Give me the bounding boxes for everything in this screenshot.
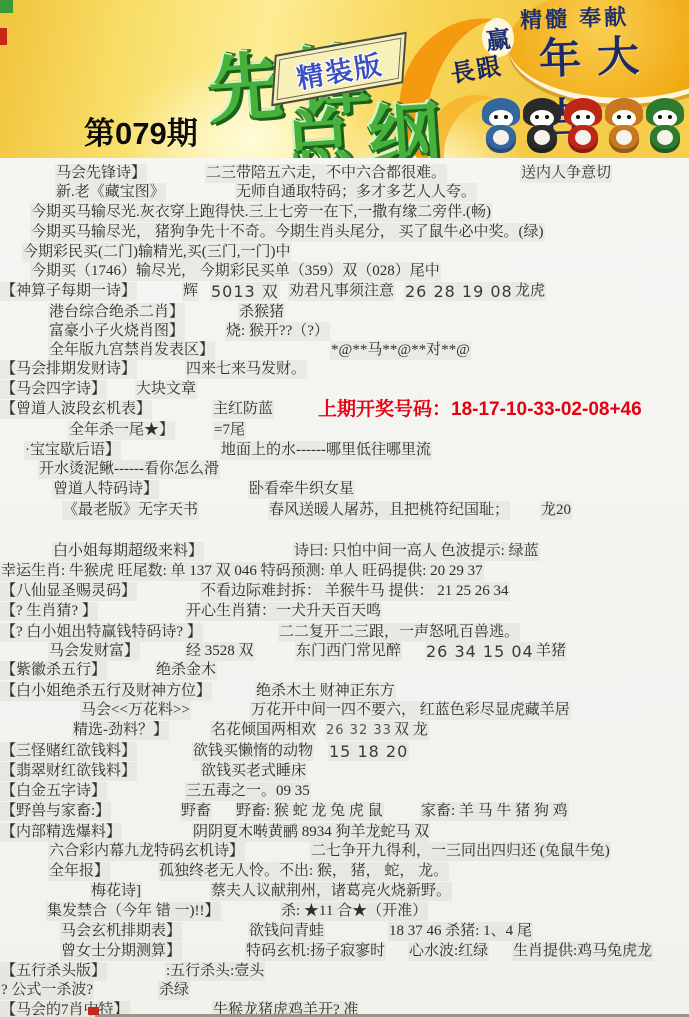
- prediction-line: 六合彩内幕九龙特码玄机诗】二七争开九得利，一三同出四归还 (兔鼠牛兔): [0, 842, 689, 862]
- prediction-line: 【马会排期发财诗】四来七来马发财。: [0, 360, 689, 380]
- text-segment: 四来七来马发财。: [185, 360, 307, 379]
- text-segment: 26 32 33: [325, 721, 393, 740]
- text-segment: 全年版九宫禁肖发表区】: [48, 341, 215, 360]
- text-segment: 马会<<万花料>>: [80, 701, 191, 720]
- prediction-line: 精选-劲料？】名花倾国两相欢26 32 33双 龙: [0, 721, 689, 741]
- bottom-red-chip: [88, 1007, 99, 1015]
- text-segment: 【曾道人波段玄机表】: [0, 400, 152, 419]
- prediction-line: 开水烫泥鳅------看你怎么滑: [0, 460, 689, 480]
- text-segment: 【五行杀头版】: [0, 962, 107, 981]
- prediction-line: 全年杀一尾★】=7尾: [0, 421, 689, 441]
- text-segment: 阴阴夏木啭黄鹂 8934 狗羊龙蛇马 双: [192, 823, 430, 842]
- text-segment: 【白小姐绝杀五行及财神方位】: [0, 682, 212, 701]
- text-segment: 无师自通取特码；多才多艺人人夸。: [235, 183, 477, 202]
- text-segment: 【紫徽杀五行】: [0, 661, 107, 680]
- text-segment: 二二复开二三跟，一声怒吼百兽逃。: [278, 623, 520, 642]
- issue-number: 第079期: [84, 108, 198, 153]
- text-segment: 开水烫泥鳅------看你怎么滑: [38, 460, 220, 479]
- text-segment: 地面上的水------哪里低往哪里流: [220, 441, 432, 460]
- text-segment: 二七争开九得利，一三同出四归还 (兔鼠牛兔): [310, 842, 611, 861]
- prediction-line: 【五行杀头版】:五行杀头:壹头: [0, 962, 689, 982]
- prediction-line: 全年版九宫禁肖发表区】*@**马**@**对**@: [0, 341, 689, 361]
- text-segment: 大块文章: [135, 380, 197, 399]
- mascot-part: [575, 130, 591, 145]
- text-segment: 六合彩内幕九龙特码玄机诗】: [48, 842, 245, 861]
- text-segment: ? 公式一杀波?: [0, 981, 94, 1000]
- text-segment: 【? 白小姐出特赢钱特码诗? 】: [0, 623, 203, 642]
- text-segment: 绝杀金木: [155, 661, 217, 680]
- prediction-line: 马会玄机排期表】欲钱问青蛙18 37 46 杀猪: 1、4 尾: [0, 922, 689, 942]
- text-segment: 【? 生肖猜? 】: [0, 602, 98, 621]
- prediction-line: 港台综合绝杀二肖】杀猴猪: [0, 303, 689, 323]
- mascot-part: [658, 115, 662, 119]
- text-segment: 【八仙显圣赐灵码】: [0, 582, 137, 601]
- text-segment: 主红防蓝: [212, 400, 274, 419]
- prediction-line: 集发禁合（今年 错 一)!!】杀: ★11 合★（开准）: [0, 902, 689, 922]
- text-segment: 绝杀木土 财神正东方: [255, 682, 396, 701]
- text-segment: 18 37 46 杀猪: 1、4 尾: [388, 922, 533, 941]
- mascot-part: [586, 115, 590, 119]
- prediction-line: 【神算子每期一诗】辉5013 双劝君凡事须注意26 28 19 08龙虎: [0, 282, 689, 302]
- text-segment: 【翡翠财红欲钱料】: [0, 762, 137, 781]
- text-segment: 万花开中间一四不要六， 红蓝色彩尽显虎藏羊居: [250, 701, 571, 720]
- text-segment: =7尾: [213, 421, 246, 440]
- text-segment: 【马会四字诗】: [0, 380, 107, 399]
- text-segment: 心水波:红绿: [408, 942, 489, 961]
- text-segment: 野畜: [180, 802, 212, 821]
- prediction-line: 【紫徽杀五行】绝杀金木: [0, 661, 689, 681]
- prediction-line: 【翡翠财红欲钱料】欲钱买老式睡床: [0, 762, 689, 782]
- text-segment: 白小姐每期超级来料】: [52, 542, 204, 561]
- text-segment: 26 34 15 04: [425, 642, 535, 661]
- mascot-part: [576, 115, 580, 119]
- mascot-part: [545, 115, 549, 119]
- text-segment: 三五毒之一。09 35: [185, 782, 311, 801]
- prediction-line: 富豪小子火烧肖图】烧: 猴开??（?）: [0, 322, 689, 342]
- text-segment: 今期彩民买(二门)输精光,买(三门,一门)中: [22, 243, 291, 262]
- last-draw-announcement: 上期开奖号码：18-17-10-33-02-08+46: [318, 394, 642, 421]
- mascot-part: [668, 115, 672, 119]
- prediction-line: 《最老版》无字天书春风送暖人屠苏，且把桃符纪国耻；龙20: [0, 501, 689, 521]
- text-segment: 26 28 19 08: [404, 282, 514, 301]
- text-segment: 【白金五字诗】: [0, 782, 107, 801]
- text-segment: 卧看牵牛织女星: [248, 480, 355, 499]
- text-segment: 名花倾国两相欢: [210, 721, 317, 740]
- text-segment: 【野兽与家畜:】: [0, 802, 111, 821]
- mascot-part: [535, 115, 539, 119]
- text-segment: 【内部精选爆料】: [0, 823, 122, 842]
- mascot-part: [494, 115, 498, 119]
- fuwa-yingying-orange-icon: [605, 98, 643, 156]
- text-segment: 15 18 20: [328, 742, 409, 761]
- text-segment: 富豪小子火烧肖图】: [48, 322, 185, 341]
- header-banner: 年大吉 赢 精髓 奉献 長跟 先锋 总纲 第079期 精装版: [0, 0, 689, 158]
- mascot-part: [493, 130, 509, 145]
- last-draw-label: 上期开奖号码：: [318, 399, 451, 420]
- text-segment: 劝君凡事须注意: [288, 282, 395, 301]
- mascot-part: [616, 130, 632, 145]
- prediction-line: ·宝宝歇后语】地面上的水------哪里低往哪里流: [0, 441, 689, 461]
- text-segment: 杀猴猪: [238, 303, 285, 322]
- text-segment: 【马会排期发财诗】: [0, 360, 137, 379]
- prediction-line: 马会发财富】经 3528 双东门西门常见醉26 34 15 04羊猪: [0, 642, 689, 662]
- prediction-line: 马会<<万花料>>万花开中间一四不要六， 红蓝色彩尽显虎藏羊居: [0, 701, 689, 721]
- mascot-part: [627, 115, 631, 119]
- mascots-row: [482, 98, 687, 156]
- fuwa-jingjing-panda-icon: [523, 98, 561, 156]
- edition-badge-label: 精装版: [293, 42, 385, 96]
- last-draw-numbers: 18-17-10-33-02-08+46: [451, 399, 642, 420]
- text-segment: 不看边际难封拆： 羊猴牛马 提供： 21 25 26 34: [200, 582, 510, 601]
- text-segment: 经 3528 双: [185, 642, 255, 661]
- prediction-line: 【八仙显圣赐灵码】不看边际难封拆： 羊猴牛马 提供： 21 25 26 34: [0, 582, 689, 602]
- text-segment: 梅花诗]: [90, 882, 142, 901]
- prediction-line: 【白小姐绝杀五行及财神方位】绝杀木土 财神正东方: [0, 682, 689, 702]
- text-segment: 生肖提供:鸡马兔虎龙: [512, 942, 653, 961]
- decoration-red-tile: [0, 28, 7, 45]
- text-segment: 龙虎: [514, 282, 546, 301]
- text-segment: 羊猪: [535, 642, 567, 661]
- prediction-line: 全年报】孤独终老无人怜。不出: 猴， 猪， 蛇， 龙。: [0, 862, 689, 882]
- text-segment: 精选-劲料？】: [72, 721, 169, 740]
- text-segment: ·宝宝歇后语】: [24, 441, 121, 460]
- text-segment: 《最老版》无字天书: [62, 501, 199, 520]
- text-segment: 全年杀一尾★】: [68, 421, 175, 440]
- prediction-line: 【三怪赌红欲钱料】欲钱买懒惰的动物15 18 20: [0, 742, 689, 762]
- pioneer-outline-sheet: 年大吉 赢 精髓 奉献 長跟 先锋 总纲 第079期 精装版 马会先锋诗】二三带…: [0, 0, 689, 1017]
- text-segment: 蔡夫人议献荆州，诸葛亮火烧新野。: [210, 882, 452, 901]
- text-segment: 春风送暖人屠苏，且把桃符纪国耻；: [268, 501, 510, 520]
- text-segment: 新.老《藏宝图》: [55, 183, 166, 202]
- text-segment: 集发禁合（今年 错 一)!!】: [46, 902, 221, 921]
- prediction-line: 曾道人特码诗】卧看牵牛织女星: [0, 480, 689, 500]
- prediction-line: 【内部精选爆料】阴阴夏木啭黄鹂 8934 狗羊龙蛇马 双: [0, 823, 689, 843]
- text-segment: 东门西门常见醉: [295, 642, 402, 661]
- mascot-part: [534, 130, 550, 145]
- text-segment: 曾道人特码诗】: [52, 480, 159, 499]
- prediction-line: 白小姐每期超级来料】诗曰: 只怕中间一高人 色波提示: 绿蓝: [0, 542, 689, 562]
- text-segment: 马会发财富】: [48, 642, 140, 661]
- text-segment: 港台综合绝杀二肖】: [48, 303, 185, 322]
- text-segment: 烧: 猴开??（?）: [225, 322, 330, 341]
- prediction-line: 曾女士分期测算】特码玄机:扬子寂寥时心水波:红绿生肖提供:鸡马兔虎龙: [0, 942, 689, 962]
- text-segment: 杀: ★11 合★（开准）: [280, 902, 428, 921]
- prediction-line: 梅花诗]蔡夫人议献荆州，诸葛亮火烧新野。: [0, 882, 689, 902]
- text-segment: 曾女士分期测算】: [60, 942, 182, 961]
- predictions-body: 马会先锋诗】二三带陪五六走，不中六合都很难。送内人争意切新.老《藏宝图》无师自通…: [0, 158, 689, 1017]
- text-segment: 龙20: [540, 501, 572, 520]
- mascot-part: [504, 115, 508, 119]
- text-segment: 野畜: 猴 蛇 龙 兔 虎 鼠: [235, 802, 384, 821]
- text-segment: 5013 双: [210, 282, 280, 301]
- text-segment: 双 龙: [393, 721, 429, 740]
- text-segment: 全年报】: [48, 862, 110, 881]
- mascot-part: [657, 130, 673, 145]
- prediction-line: 【白金五字诗】三五毒之一。09 35: [0, 782, 689, 802]
- fuwa-nini-green-icon: [646, 98, 684, 156]
- text-segment: 辉: [182, 282, 199, 301]
- slogan-text: 精髓 奉献: [519, 0, 629, 35]
- prediction-line: 今期彩民买(二门)输精光,买(三门,一门)中: [0, 243, 689, 263]
- prediction-line: 幸运生肖: 牛猴虎 旺尾数: 单 137 双 046 特码预测: 单人 旺码提供…: [0, 562, 689, 582]
- prediction-line: 【野兽与家畜:】野畜野畜: 猴 蛇 龙 兔 虎 鼠家畜: 羊 马 牛 猪 狗 鸡: [0, 802, 689, 822]
- text-segment: 马会先锋诗】: [55, 164, 147, 183]
- text-segment: 【三怪赌红欲钱料】: [0, 742, 137, 761]
- text-segment: *@**马**@**对**@: [330, 341, 471, 360]
- text-segment: 幸运生肖: 牛猴虎 旺尾数: 单 137 双 046 特码预测: 单人 旺码提供…: [0, 562, 484, 581]
- text-segment: 欲钱买懒惰的动物: [192, 742, 314, 761]
- decoration-green-tile: [0, 0, 13, 13]
- text-segment: 今期买马输尽光.灰衣穿上跑得快.三上七旁一在下,一撒有缘二旁伴.(畅): [30, 203, 492, 222]
- text-segment: 诗曰: 只怕中间一高人 色波提示: 绿蓝: [293, 542, 540, 561]
- text-segment: 特码玄机:扬子寂寥时: [245, 942, 386, 961]
- text-segment: 家畜: 羊 马 牛 猪 狗 鸡: [420, 802, 569, 821]
- text-segment: 开心生肖猜：一犬升天百天鸣: [185, 602, 382, 621]
- prediction-line: 【? 生肖猜? 】开心生肖猜：一犬升天百天鸣: [0, 602, 689, 622]
- text-segment: 欲钱问青蛙: [248, 922, 325, 941]
- text-segment: 孤独终老无人怜。不出: 猴， 猪， 蛇， 龙。: [158, 862, 449, 881]
- text-segment: 今期买（1746）输尽光， 今期彩民买单（359）双（028）尾中: [30, 262, 441, 281]
- text-segment: 杀绿: [158, 981, 190, 1000]
- prediction-line: ? 公式一杀波?杀绿: [0, 981, 689, 1001]
- prediction-line: 今期买马输尽光.灰衣穿上跑得快.三上七旁一在下,一撒有缘二旁伴.(畅): [0, 203, 689, 223]
- fuwa-huanhuan-red-icon: [564, 98, 602, 156]
- text-segment: 送内人争意切: [520, 164, 612, 183]
- text-segment: 【神算子每期一诗】: [0, 282, 137, 301]
- text-segment: 今期买马输尽光， 猪狗争先十不奇。今期生肖头尾分， 买了鼠牛必中奖。(绿): [30, 223, 545, 242]
- prediction-line: 今期买（1746）输尽光， 今期彩民买单（359）双（028）尾中: [0, 262, 689, 282]
- text-segment: 二三带陪五六走，不中六合都很难。: [205, 164, 447, 183]
- fuwa-beibei-blue-icon: [482, 98, 520, 156]
- text-segment: 欲钱买老式睡床: [200, 762, 307, 781]
- text-segment: 马会玄机排期表】: [60, 922, 182, 941]
- prediction-line: 今期买马输尽光， 猪狗争先十不奇。今期生肖头尾分， 买了鼠牛必中奖。(绿): [0, 223, 689, 243]
- prediction-line: 马会先锋诗】二三带陪五六走，不中六合都很难。送内人争意切: [0, 164, 689, 184]
- prediction-line: 新.老《藏宝图》无师自通取特码；多才多艺人人夸。: [0, 183, 689, 203]
- text-segment: :五行杀头:壹头: [165, 962, 265, 981]
- prediction-line: 【? 白小姐出特赢钱特码诗? 】二二复开二三跟，一声怒吼百兽逃。: [0, 623, 689, 643]
- mascot-part: [617, 115, 621, 119]
